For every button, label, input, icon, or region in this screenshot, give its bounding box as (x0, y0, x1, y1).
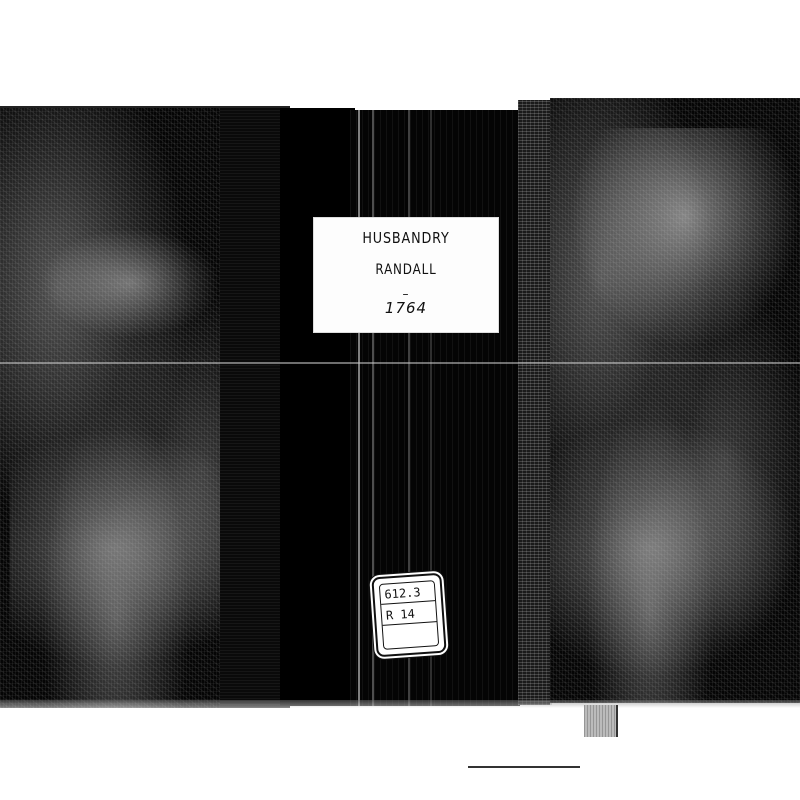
spine-title-label: HUSBANDRY RANDALL – 1764 (313, 217, 499, 333)
worn-leather-patch (570, 128, 800, 348)
worn-leather-patch (40, 228, 220, 338)
page-edge (0, 700, 800, 708)
call-number-frame: 612.3 R 14 (379, 580, 439, 650)
front-cover-hinge (518, 100, 552, 705)
front-cover-board (550, 98, 800, 703)
spine-crease (358, 110, 360, 706)
back-cover-board (0, 106, 290, 708)
title-label-year: 1764 (313, 299, 499, 317)
title-label-author: RANDALL (327, 262, 485, 278)
spine-joint (280, 108, 355, 706)
clasp-tab (584, 705, 618, 737)
scan-mark (468, 766, 580, 768)
call-number-class: 612.3 (380, 581, 435, 605)
call-number-cutter: R 14 (381, 602, 436, 626)
title-label-subject: HUSBANDRY (327, 229, 485, 247)
call-number-sticker: 612.3 R 14 (371, 573, 446, 658)
book-binding-scan: HUSBANDRY RANDALL – 1764 612.3 R 14 (0, 0, 800, 800)
scan-artifact-line (0, 362, 800, 364)
worn-leather-patch (550, 418, 800, 678)
